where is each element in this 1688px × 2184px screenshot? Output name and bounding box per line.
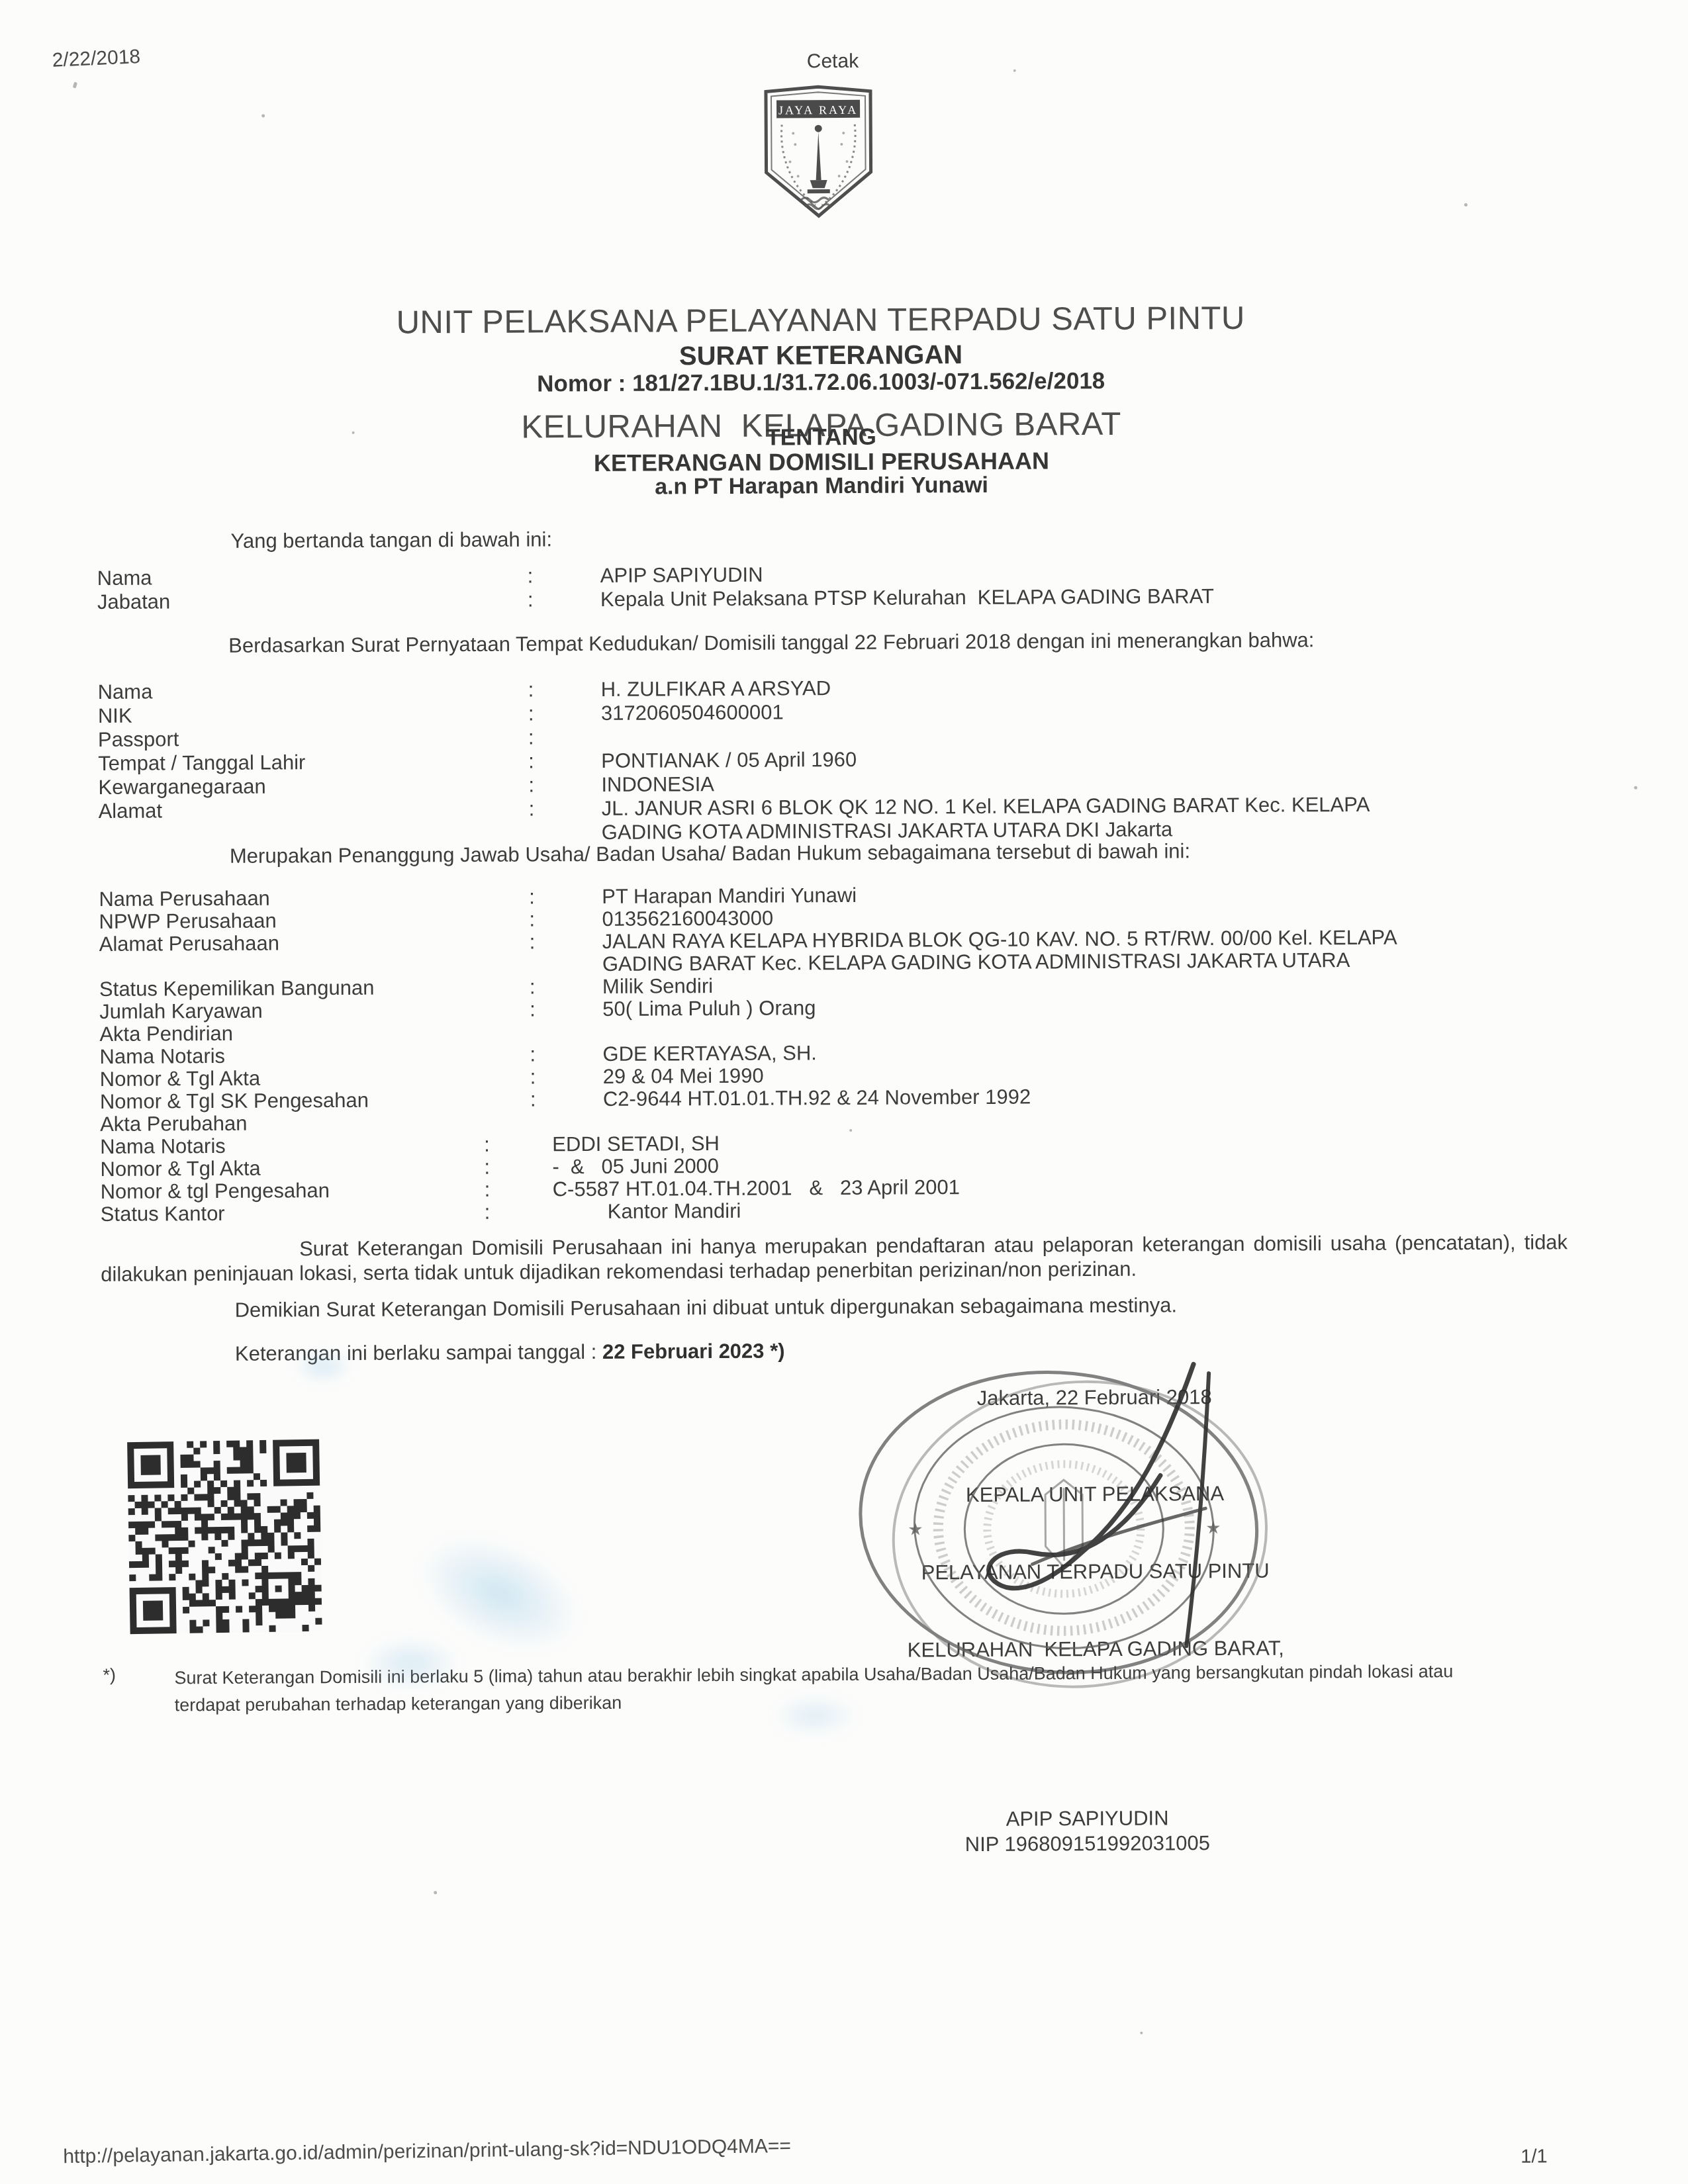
signature-block: Jakarta, 22 Februari 2018 KEPALA UNIT PE… — [839, 1385, 1352, 1858]
validity-line: Keterangan ini berlaku sampai tanggal : … — [235, 1338, 785, 1365]
field-label: Alamat Perusahaan — [99, 931, 530, 978]
field-label: Nama Notaris — [100, 1134, 484, 1158]
logo-banner-text: JAYA RAYA — [778, 103, 858, 117]
field-colon: : — [529, 908, 602, 931]
print-timestamp: 2/22/2018 — [52, 46, 141, 72]
field-label: Status Kantor — [101, 1201, 485, 1226]
footnote-marker: *) — [103, 1665, 116, 1686]
page-number: 1/1 — [1521, 2146, 1548, 2167]
field-colon: : — [530, 1066, 603, 1089]
field-label: NIK — [98, 702, 528, 727]
person-fields: Nama : H. ZULFIKAR A ARSYAD NIK : 317206… — [98, 672, 1608, 847]
field-label: Nomor & tgl Pengesahan — [101, 1179, 485, 1203]
scan-speck — [1140, 2032, 1143, 2034]
field-colon: : — [528, 773, 601, 797]
field-colon: : — [484, 1156, 552, 1179]
field-colon: : — [529, 797, 602, 845]
field-label: Passport — [98, 725, 528, 751]
document-heading: SURAT KETERANGAN Nomor : 181/27.1BU.1/31… — [0, 338, 1645, 400]
field-label: Nama — [98, 678, 528, 704]
field-colon: : — [528, 678, 601, 702]
field-colon: : — [529, 886, 602, 909]
print-page-title: Cetak — [807, 50, 859, 73]
validity-date: 22 Februari 2023 *) — [602, 1339, 785, 1363]
scanned-letter-page: 2/22/2018 Cetak JAYA RAYA — [0, 0, 1688, 2184]
place-and-date: Jakarta, 22 Februari 2018 — [839, 1385, 1349, 1411]
field-label: Kewarganegaraan — [98, 773, 528, 799]
basis-sentence: Berdasarkan Surat Pernyataan Tempat Kedu… — [97, 626, 1607, 659]
field-colon: : — [484, 1133, 552, 1156]
jakarta-crest-logo: JAYA RAYA — [757, 83, 880, 220]
field-colon: : — [530, 1043, 602, 1066]
field-colon: : — [528, 702, 601, 726]
signer-nip: NIP 196809151992031005 — [833, 1830, 1342, 1858]
field-value: Kepala Unit Pelaksana PTSP Kelurahan KEL… — [600, 582, 1607, 612]
opening-sentence: Yang bertanda tangan di bawah ini: — [230, 527, 552, 553]
scan-speck — [73, 82, 77, 89]
row-alamat-perusahaan: Alamat Perusahaan : JALAN RAYA KELAPA HY… — [99, 925, 1609, 978]
scan-speck — [261, 114, 265, 118]
field-colon: : — [528, 749, 601, 774]
letterhead-line1: UNIT PELAKSANA PELAYANAN TERPADU SATU PI… — [0, 299, 1645, 343]
field-label: Nomor & Tgl Akta — [100, 1066, 530, 1090]
field-label: Nama — [97, 564, 528, 590]
field-colon: : — [528, 564, 600, 588]
signer-name: APIP SAPIYUDIN — [833, 1805, 1342, 1833]
signer-fields: Nama : APIP SAPIYUDIN Jabatan : Kepala U… — [97, 559, 1607, 614]
subject-heading: TENTANG KETERANGAN DOMISILI PERUSAHAAN a… — [0, 421, 1646, 503]
scan-smudge — [400, 1512, 598, 1674]
field-colon: : — [530, 1088, 603, 1111]
field-value: Kantor Mandiri — [608, 1195, 1610, 1223]
disclaimer-paragraph: Surat Keterangan Domisili Perusahaan ini… — [101, 1230, 1568, 1287]
field-colon: : — [485, 1201, 608, 1224]
scan-content: 2/22/2018 Cetak JAYA RAYA — [0, 0, 1688, 2184]
scan-speck — [434, 1891, 437, 1894]
scan-speck — [1464, 203, 1468, 206]
field-label: Tempat / Tanggal Lahir — [98, 749, 528, 775]
company-fields: Nama Perusahaan : PT Harapan Mandiri Yun… — [99, 880, 1610, 1226]
scan-speck — [1634, 786, 1637, 790]
qr-code — [127, 1439, 322, 1635]
field-colon: : — [530, 931, 602, 976]
field-colon: : — [485, 1178, 553, 1201]
field-value: JALAN RAYA KELAPA HYBRIDA BLOK QG-10 KAV… — [602, 925, 1609, 976]
field-label: Alamat — [99, 797, 529, 846]
field-label: Nama Perusahaan — [99, 886, 529, 910]
field-colon: : — [530, 998, 602, 1021]
field-label: Jumlah Karyawan — [99, 998, 530, 1023]
signer-title-line2: PELAYANAN TERPADU SATU PINTU — [841, 1557, 1350, 1586]
field-label: Status Kepemilikan Bangunan — [99, 976, 530, 1000]
field-label: Nomor & Tgl Akta — [100, 1156, 484, 1181]
field-colon: : — [530, 976, 602, 999]
closing-sentence: Demikian Surat Keterangan Domisili Perus… — [234, 1293, 1177, 1322]
monas-monument-icon — [807, 125, 830, 194]
field-label: Nomor & Tgl SK Pengesahan — [100, 1088, 530, 1113]
field-label: Akta Pendirian — [99, 1021, 530, 1045]
field-colon — [530, 1021, 602, 1044]
validity-prefix: Keterangan ini berlaku sampai tanggal : — [235, 1340, 602, 1365]
signer-title-line1: KEPALA UNIT PELAKSANA — [840, 1480, 1350, 1508]
field-label: NPWP Perusahaan — [99, 908, 529, 933]
field-colon: : — [528, 725, 601, 750]
scan-speck — [1013, 69, 1016, 72]
field-label: Jabatan — [97, 588, 528, 614]
field-label: Nama Notaris — [99, 1043, 530, 1068]
footer-url: http://pelayanan.jakarta.go.id/admin/per… — [63, 2135, 791, 2168]
field-value: JL. JANUR ASRI 6 BLOK QK 12 NO. 1 Kel. K… — [602, 792, 1608, 844]
signer-identity: APIP SAPIYUDIN NIP 196809151992031005 — [833, 1805, 1342, 1858]
field-label: Akta Perubahan — [100, 1111, 530, 1135]
field-colon — [530, 1111, 603, 1134]
footnote-text: Surat Keterangan Domisili ini berlaku 5 … — [174, 1657, 1597, 1719]
field-colon: : — [528, 588, 600, 612]
